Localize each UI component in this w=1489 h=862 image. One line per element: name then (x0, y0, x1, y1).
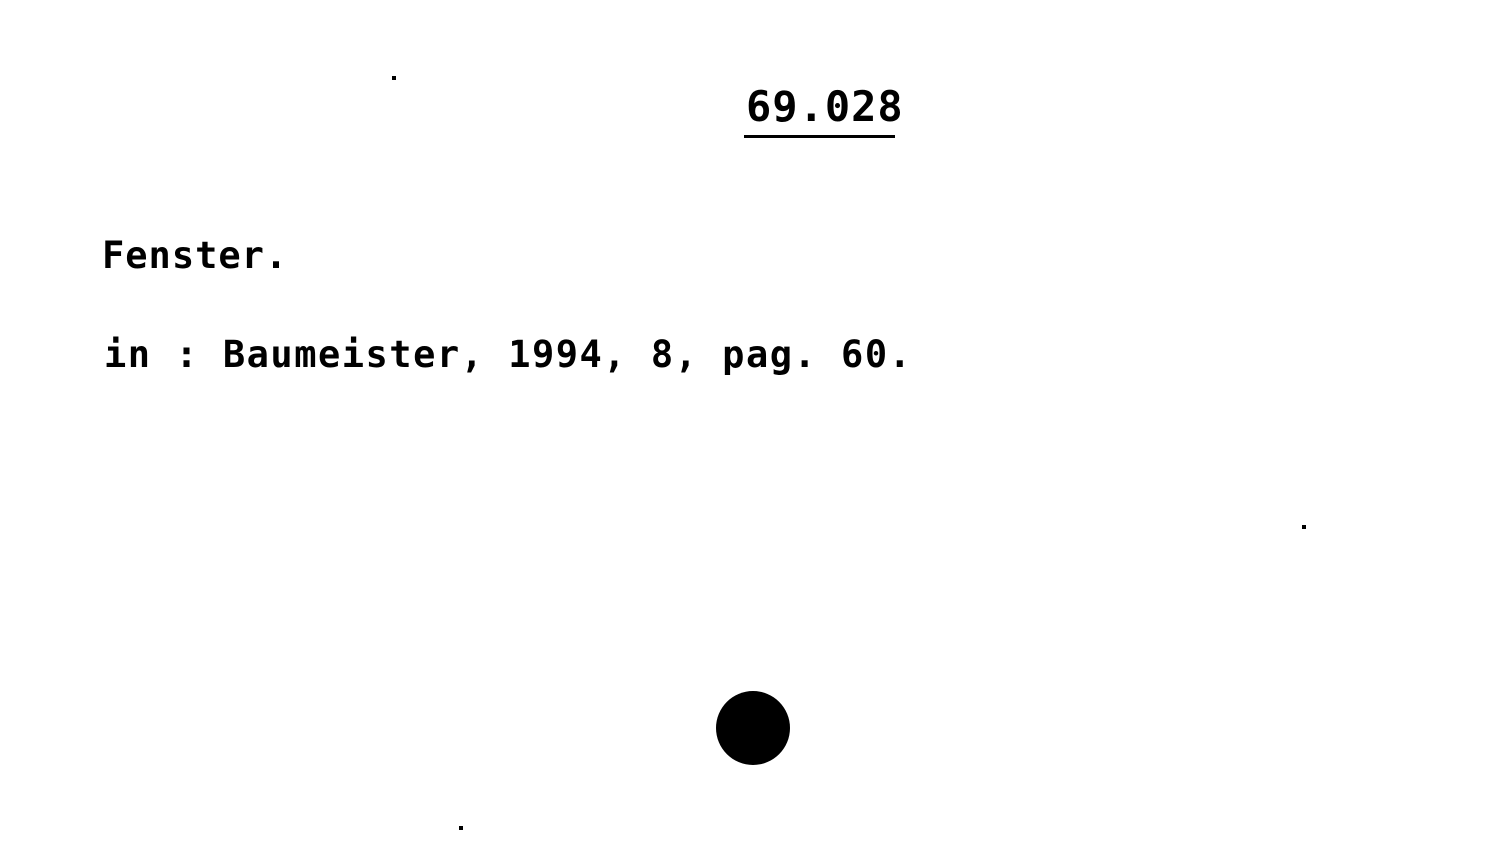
call-number: 69.028 (746, 82, 904, 132)
scan-speck (459, 826, 463, 830)
scan-speck (1302, 525, 1306, 529)
index-card: 69.028 Fenster. in : Baumeister, 1994, 8… (0, 0, 1489, 862)
citation: in : Baumeister, 1994, 8, pag. 60. (104, 330, 912, 380)
punch-hole-icon (716, 691, 790, 765)
scan-speck (392, 76, 396, 80)
card-title: Fenster. (102, 233, 288, 279)
call-number-underline (744, 135, 895, 138)
